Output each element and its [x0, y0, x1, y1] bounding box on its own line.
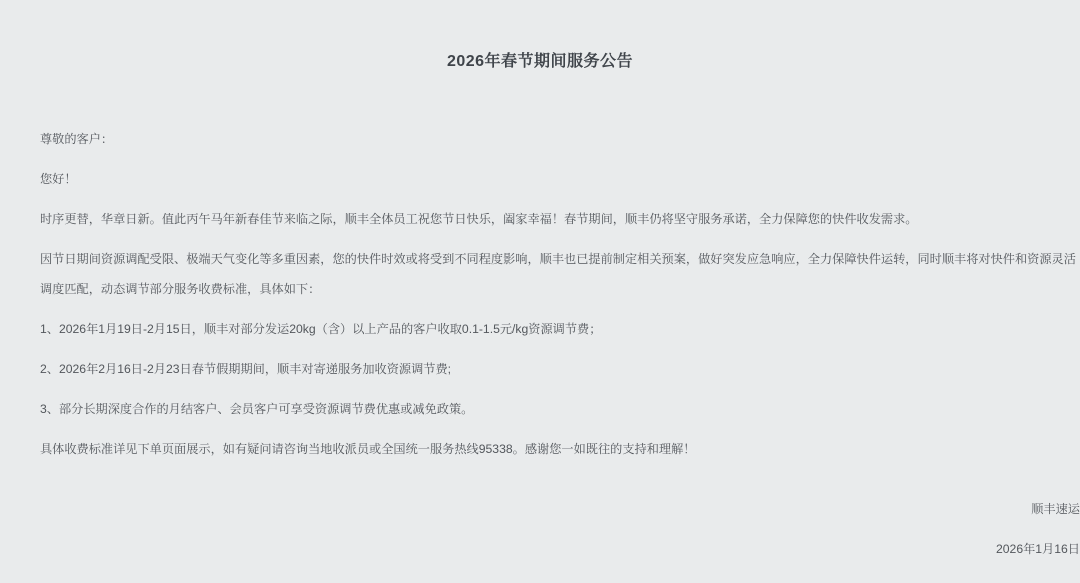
fee-item-1: 1、2026年1月19日-2月15日，顺丰对部分发运20kg（含）以上产品的客户… — [40, 314, 1080, 344]
notice-date: 2026年1月16日 — [40, 534, 1080, 564]
closing-paragraph: 具体收费标准详见下单页面展示，如有疑问请咨询当地收派员或全国统一服务热线9533… — [40, 434, 1080, 464]
fee-items: 1、2026年1月19日-2月15日，顺丰对部分发运20kg（含）以上产品的客户… — [40, 314, 1080, 424]
salutation: 尊敬的客户： — [40, 124, 1080, 154]
notice-footer: 顺丰速运 2026年1月16日 — [40, 494, 1080, 564]
notice-page: 2026年春节期间服务公告 尊敬的客户： 您好！ 时序更替，华章日新。值此丙午马… — [0, 0, 1080, 583]
intro-paragraph: 时序更替，华章日新。值此丙午马年新春佳节来临之际，顺丰全体员工祝您节日快乐，阖家… — [40, 204, 1080, 234]
signature: 顺丰速运 — [40, 494, 1080, 524]
policy-paragraph: 因节日期间资源调配受限、极端天气变化等多重因素，您的快件时效或将受到不同程度影响… — [40, 244, 1080, 304]
notice-title: 2026年春节期间服务公告 — [0, 0, 1080, 74]
greeting: 您好！ — [40, 164, 1080, 194]
fee-item-2: 2、2026年2月16日-2月23日春节假期期间，顺丰对寄递服务加收资源调节费; — [40, 354, 1080, 384]
fee-item-3: 3、部分长期深度合作的月结客户、会员客户可享受资源调节费优惠或减免政策。 — [40, 394, 1080, 424]
notice-body: 尊敬的客户： 您好！ 时序更替，华章日新。值此丙午马年新春佳节来临之际，顺丰全体… — [0, 124, 1080, 564]
